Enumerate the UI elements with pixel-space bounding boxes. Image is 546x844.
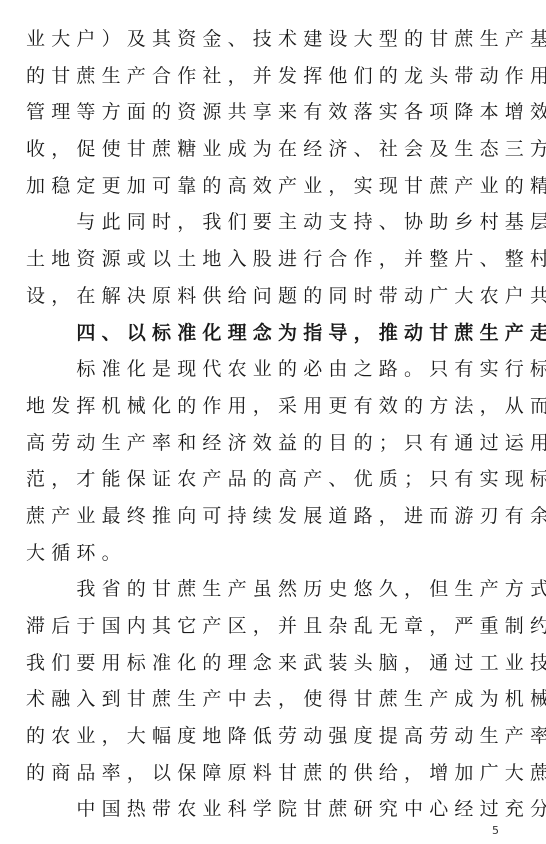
section-heading: 四、以标准化理念为指导，推动甘蔗生产走向可持续发展道路	[26, 315, 482, 352]
document-page: 业大户）及其资金、技术建设大型的甘蔗生产基地或牵头组建上规模 的甘蔗生产合作社，…	[0, 0, 546, 844]
text-line: 的甘蔗生产合作社，并发挥他们的龙头带动作用，通过农机具、技术、	[26, 58, 482, 95]
text-line: 地发挥机械化的作用，采用更有效的方法，从而达到降低劳动强度提	[26, 388, 482, 425]
text-line: 范，才能保证农产品的高产、优质；只有实现标准化生产，才能把甘	[26, 461, 482, 498]
paragraph-first-line: 我省的甘蔗生产虽然历史悠久，但生产方式、方法都非常落后，	[26, 571, 482, 608]
text-line: 管理等方面的资源共享来有效落实各项降本增效措施，实现丰产丰	[26, 94, 482, 131]
paragraph-first-line: 中国热带农业科学院甘蔗研究中心经过充分的调查和反复的试	[26, 791, 482, 828]
paragraph-first-line: 与此同时，我们要主动支持、协助乡村基层组织和有关方面整合	[26, 204, 482, 241]
text-line: 业大户）及其资金、技术建设大型的甘蔗生产基地或牵头组建上规模	[26, 21, 482, 58]
text-line: 的农业，大幅度地降低劳动强度提高劳动生产率、土地生产率和甘蔗	[26, 718, 482, 755]
text-line: 高劳动生产率和经济效益的目的；只有通过运用标准化技术和管理规	[26, 425, 482, 462]
text-line: 大循环。	[26, 535, 482, 572]
text-line: 收，促使甘蔗糖业成为在经济、社会及生态三方面效益都更加显著更	[26, 131, 482, 168]
document-body: 业大户）及其资金、技术建设大型的甘蔗生产基地或牵头组建上规模 的甘蔗生产合作社，…	[26, 21, 482, 828]
text-line: 术融入到甘蔗生产中去，使得甘蔗生产成为机械化、商品化、社会化	[26, 681, 482, 718]
text-line: 蔗产业最终推向可持续发展道路，进而游刃有余地参与国内外市场的	[26, 498, 482, 535]
text-line: 加稳定更加可靠的高效产业，实现甘蔗产业的精准扶贫。	[26, 168, 482, 205]
page-number: 5	[492, 824, 499, 837]
text-line: 设，在解决原料供给问题的同时带动广大农户共同致富。	[26, 278, 482, 315]
paragraph-first-line: 标准化是现代农业的必由之路。只有实行标准化操作，才能有效	[26, 351, 482, 388]
text-line: 的商品率，以保障原料甘蔗的供给，增加广大蔗农的收入。	[26, 755, 482, 792]
text-line: 我们要用标准化的理念来武装头脑，通过工业技术手段把现代科学技	[26, 645, 482, 682]
text-line: 滞后于国内其它产区，并且杂乱无章，严重制约着甘蔗产业的发展。	[26, 608, 482, 645]
text-line: 土地资源或以土地入股进行合作，并整片、整村地推进甘蔗基地的建	[26, 241, 482, 278]
